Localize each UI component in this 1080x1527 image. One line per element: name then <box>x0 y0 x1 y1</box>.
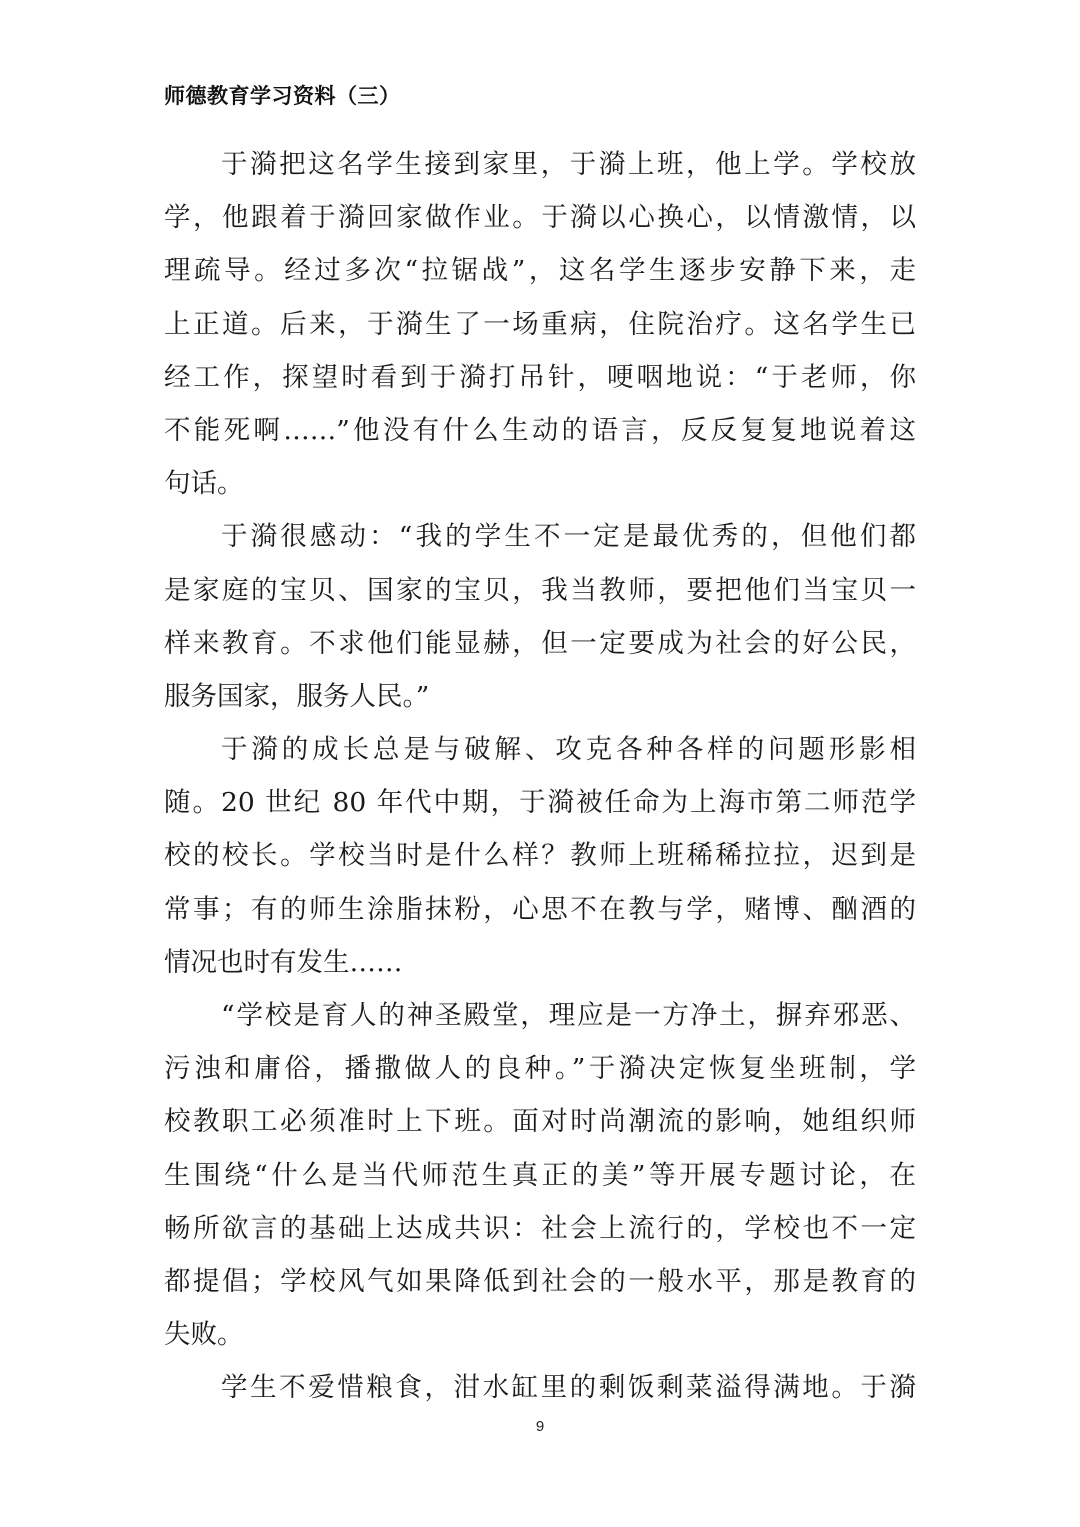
text-line: 常事；有的师生涂脂抹粉，心思不在教与学，赌博、酗酒的 <box>164 883 916 936</box>
text-line: 样来教育。不求他们能显赫，但一定要成为社会的好公民， <box>164 617 916 670</box>
text-line: 经工作，探望时看到于漪打吊针，哽咽地说：“于老师，你 <box>164 351 916 404</box>
text-line: 于漪的成长总是与破解、攻克各种各样的问题形影相 <box>164 723 916 776</box>
paragraph: 于漪很感动：“我的学生不一定是最优秀的，但他们都 是家庭的宝贝、国家的宝贝，我当… <box>164 510 916 723</box>
text-line: 污浊和庸俗，播撒做人的良种。”于漪决定恢复坐班制，学 <box>164 1042 916 1095</box>
text-line: 都提倡；学校风气如果降低到社会的一般水平，那是教育的 <box>164 1255 916 1308</box>
text-line: 学，他跟着于漪回家做作业。于漪以心换心，以情激情，以 <box>164 191 916 244</box>
text-line: 情况也时有发生…… <box>164 936 916 989</box>
text-line: 是家庭的宝贝、国家的宝贝，我当教师，要把他们当宝贝一 <box>164 564 916 617</box>
text-line: 畅所欲言的基础上达成共识：社会上流行的，学校也不一定 <box>164 1202 916 1255</box>
paragraph: 于漪把这名学生接到家里，于漪上班，他上学。学校放 学，他跟着于漪回家做作业。于漪… <box>164 138 916 510</box>
text-line: “学校是育人的神圣殿堂，理应是一方净土，摒弃邪恶、 <box>164 989 916 1042</box>
text-line: 随。20 世纪 80 年代中期，于漪被任命为上海市第二师范学 <box>164 776 916 829</box>
text-line: 理疏导。经过多次“拉锯战”，这名学生逐步安静下来，走 <box>164 244 916 297</box>
text-line: 学生不爱惜粮食，泔水缸里的剩饭剩菜溢得满地。于漪 <box>164 1361 916 1414</box>
text-line: 服务国家，服务人民。” <box>164 670 916 723</box>
text-line: 生围绕“什么是当代师范生真正的美”等开展专题讨论，在 <box>164 1149 916 1202</box>
text-line: 校的校长。学校当时是什么样？教师上班稀稀拉拉，迟到是 <box>164 829 916 882</box>
text-line: 句话。 <box>164 457 916 510</box>
text-line: 校教职工必须准时上下班。面对时尚潮流的影响，她组织师 <box>164 1095 916 1148</box>
text-line: 上正道。后来，于漪生了一场重病，住院治疗。这名学生已 <box>164 298 916 351</box>
page-number: 9 <box>0 1418 1080 1435</box>
paragraph: 于漪的成长总是与破解、攻克各种各样的问题形影相 随。20 世纪 80 年代中期，… <box>164 723 916 989</box>
document-body: 于漪把这名学生接到家里，于漪上班，他上学。学校放 学，他跟着于漪回家做作业。于漪… <box>164 138 916 1415</box>
text-line: 不能死啊……”他没有什么生动的语言，反反复复地说着这 <box>164 404 916 457</box>
document-header-title: 师德教育学习资料（三） <box>164 80 401 110</box>
paragraph: “学校是育人的神圣殿堂，理应是一方净土，摒弃邪恶、 污浊和庸俗，播撒做人的良种。… <box>164 989 916 1361</box>
paragraph: 学生不爱惜粮食，泔水缸里的剩饭剩菜溢得满地。于漪 <box>164 1361 916 1414</box>
text-line: 失败。 <box>164 1308 916 1361</box>
text-line: 于漪把这名学生接到家里，于漪上班，他上学。学校放 <box>164 138 916 191</box>
text-line: 于漪很感动：“我的学生不一定是最优秀的，但他们都 <box>164 510 916 563</box>
